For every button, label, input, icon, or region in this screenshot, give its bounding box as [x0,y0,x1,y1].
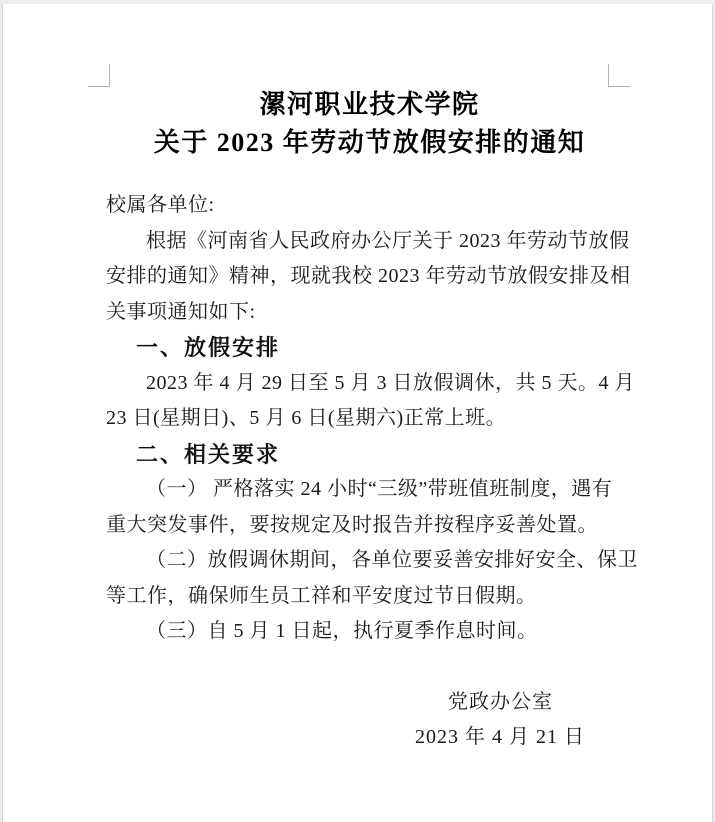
title-line-2: 关于 2023 年劳动节放假安排的通知 [106,124,633,162]
paragraph-line: 等工作，确保师生员工祥和平安度过节日假期。 [106,579,633,615]
paragraph-line: （二）放假调休期间，各单位要妥善安排好安全、保卫 [106,543,633,579]
signature-block: 党政办公室 2023 年 4 月 21 日 [106,685,633,756]
title-line-1: 漯河职业技术学院 [106,86,633,124]
paragraph-line: （三）自 5 月 1 日起，执行夏季作息时间。 [106,614,633,650]
app-canvas: { "document": { "title_lines": [ "漯河职业技术… [0,0,715,822]
document-body: 校属各单位: 根据《河南省人民政府办公厅关于 2023 年劳动节放假安排的通知》… [106,188,633,650]
document-title: 漯河职业技术学院 关于 2023 年劳动节放假安排的通知 [106,86,633,162]
margin-crop-mark-top-right [608,64,630,87]
signature-date: 2023 年 4 月 21 日 [106,720,633,756]
paragraph-line: 安排的通知》精神，现就我校 2023 年劳动节放假安排及相 [106,259,633,295]
paragraph-line: 重大突发事件，要按规定及时报告并按程序妥善处置。 [106,508,633,544]
greeting-line: 校属各单位: [106,188,633,224]
margin-crop-mark-top-left [88,64,110,87]
paragraph-line: 关事项通知如下: [106,295,633,331]
document-content: 漯河职业技术学院 关于 2023 年劳动节放假安排的通知 校属各单位: 根据《河… [106,86,633,756]
paragraph-line: （一） 严格落实 24 小时“三级”带班值班制度，遇有 [106,472,633,508]
section-heading: 二、相关要求 [106,437,633,473]
paragraph-line: 根据《河南省人民政府办公厅关于 2023 年劳动节放假 [106,224,633,260]
paragraph-line: 23 日(星期日)、5 月 6 日(星期六)正常上班。 [106,401,633,437]
section-heading: 一、放假安排 [106,330,633,366]
signature-org: 党政办公室 [106,685,633,721]
document-page: 漯河职业技术学院 关于 2023 年劳动节放假安排的通知 校属各单位: 根据《河… [2,4,713,822]
paragraph-line: 2023 年 4 月 29 日至 5 月 3 日放假调休，共 5 天。4 月 [106,366,633,402]
